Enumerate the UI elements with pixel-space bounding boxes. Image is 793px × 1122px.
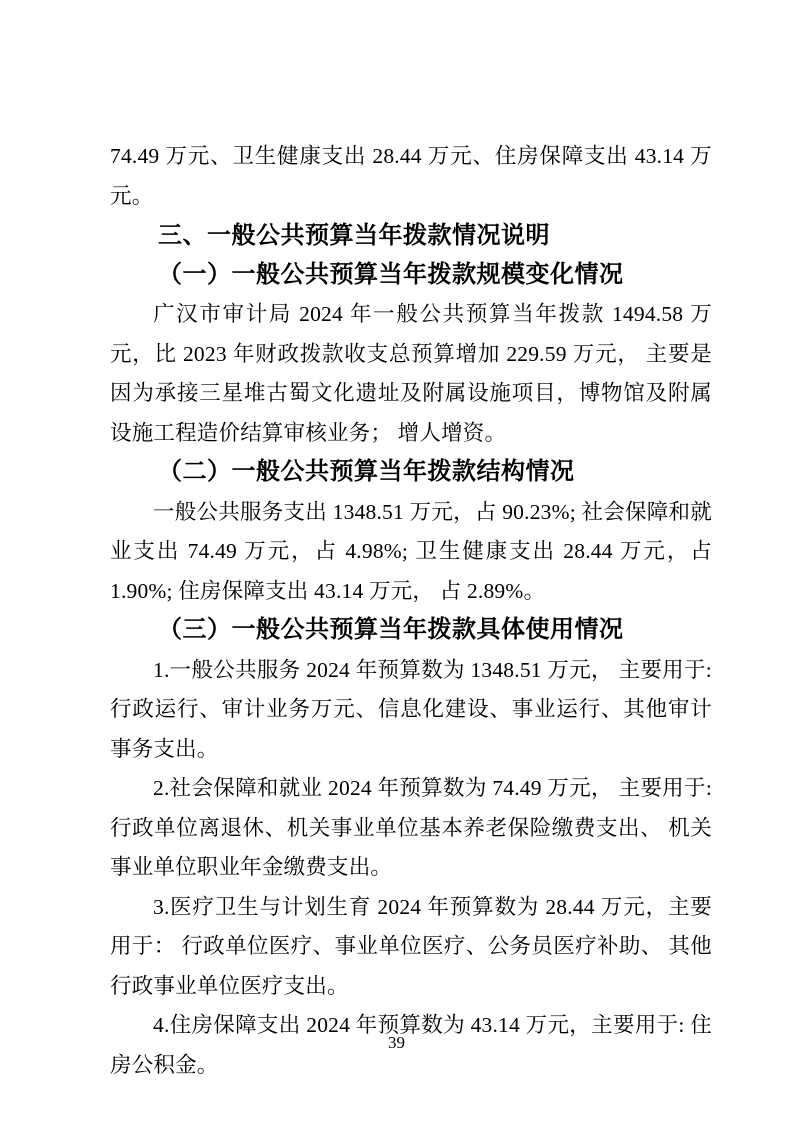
body-paragraph-continuation: 74.49 万元、卫生健康支出 28.44 万元、住房保障支出 43.14 万元… <box>110 137 712 216</box>
section-heading-2: （二）一般公共预算当年拨款结构情况 <box>110 453 712 493</box>
body-paragraph: 一般公共服务支出 1348.51 万元，占 90.23%; 社会保障和就业支出 … <box>110 493 712 612</box>
page-number: 39 <box>388 1033 405 1052</box>
body-paragraph: 1.一般公共服务 2024 年预算数为 1348.51 万元， 主要用于: 行政… <box>110 651 712 770</box>
section-heading-2: （三）一般公共预算当年拨款具体使用情况 <box>110 611 712 651</box>
body-paragraph: 3.医疗卫生与计划生育 2024 年预算数为 28.44 万元，主要用于： 行政… <box>110 888 712 1007</box>
body-paragraph: 广汉市审计局 2024 年一般公共预算当年拨款 1494.58 万元，比 202… <box>110 295 712 453</box>
body-paragraph: 2.社会保障和就业 2024 年预算数为 74.49 万元， 主要用于: 行政单… <box>110 769 712 888</box>
page-footer: 39 <box>0 1033 793 1053</box>
section-heading-2: （一）一般公共预算当年拨款规模变化情况 <box>110 256 712 296</box>
document-body: 74.49 万元、卫生健康支出 28.44 万元、住房保障支出 43.14 万元… <box>110 137 712 1085</box>
section-heading-1: 三、一般公共预算当年拨款情况说明 <box>110 216 712 256</box>
document-page: 74.49 万元、卫生健康支出 28.44 万元、住房保障支出 43.14 万元… <box>0 0 793 1122</box>
